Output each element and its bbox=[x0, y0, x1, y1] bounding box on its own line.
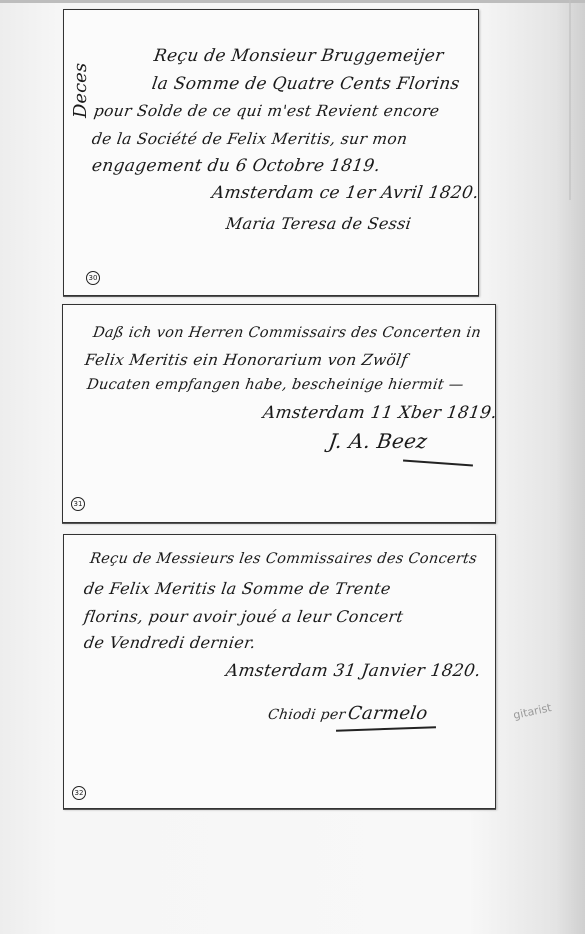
signature: J. A. Beez bbox=[327, 429, 429, 453]
receipt-card-31: Daß ich von Herren Commissairs des Conce… bbox=[62, 304, 496, 523]
receipt-line: pour Solde de ce qui m'est Revient encor… bbox=[93, 102, 441, 120]
margin-note: Deces bbox=[70, 63, 91, 118]
card-number: 32 bbox=[72, 786, 86, 800]
scan-right-edge bbox=[569, 0, 571, 200]
receipt-line: la Somme de Quatre Cents Florins bbox=[151, 74, 461, 94]
receipt-line: florins, pour avoir joué a leur Concert bbox=[83, 607, 405, 626]
receipt-line: Reçu de Messieurs les Commissaires des C… bbox=[89, 551, 478, 567]
receipt-line: de Vendredi dernier. bbox=[83, 633, 257, 652]
receipt-line: Ducaten empfangen habe, bescheinige hier… bbox=[86, 377, 465, 393]
signature-prefix: Chiodi per bbox=[267, 707, 347, 723]
card-number: 31 bbox=[71, 497, 85, 511]
place-date: Amsterdam 31 Janvier 1820. bbox=[225, 661, 483, 681]
place-date: Amsterdam ce 1er Avril 1820. bbox=[211, 183, 481, 203]
receipt-line: de la Société de Felix Meritis, sur mon bbox=[91, 130, 409, 148]
scanned-page: Deces Reçu de Monsieur Bruggemeijer la S… bbox=[0, 0, 585, 934]
signature-underline bbox=[403, 460, 473, 466]
receipt-line: Reçu de Monsieur Bruggemeijer bbox=[153, 46, 445, 66]
receipt-line: Daß ich von Herren Commissairs des Conce… bbox=[92, 325, 482, 341]
signature: Carmelo bbox=[347, 703, 429, 724]
signature-underline bbox=[336, 726, 436, 731]
pencil-annotation: gitarist bbox=[512, 701, 553, 722]
scan-top-edge bbox=[0, 0, 585, 3]
receipt-line: Felix Meritis ein Honorarium von Zwölf bbox=[84, 351, 409, 369]
card-number: 30 bbox=[86, 271, 100, 285]
receipt-line: engagement du 6 Octobre 1819. bbox=[91, 156, 382, 176]
receipt-line: de Felix Meritis la Somme de Trente bbox=[83, 579, 392, 598]
place-date: Amsterdam 11 Xber 1819. bbox=[262, 403, 499, 423]
receipt-card-30: Deces Reçu de Monsieur Bruggemeijer la S… bbox=[63, 9, 479, 296]
receipt-card-32: Reçu de Messieurs les Commissaires des C… bbox=[63, 534, 496, 809]
signature: Maria Teresa de Sessi bbox=[225, 214, 413, 233]
